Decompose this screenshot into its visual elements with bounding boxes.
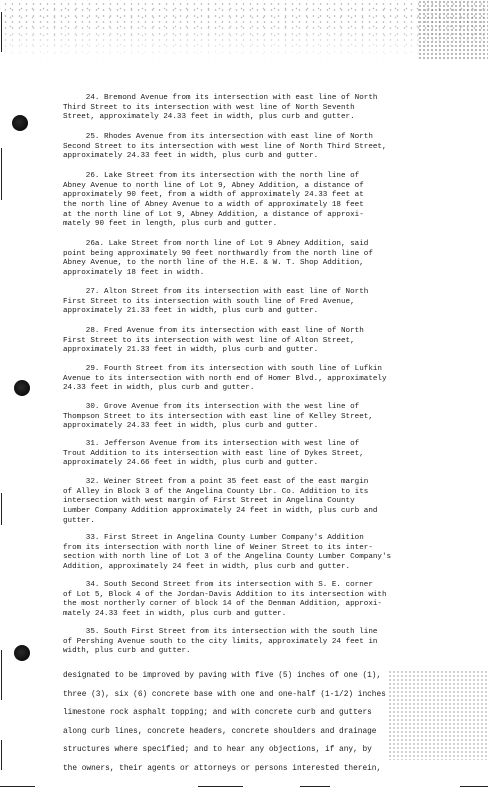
text-line: from its intersection with north line of… xyxy=(63,544,483,554)
text-line: three (3), six (6) concrete base with on… xyxy=(63,686,483,705)
paragraph-35: 35. South First Street from its intersec… xyxy=(63,628,483,657)
page-edge-line xyxy=(300,786,330,787)
text-line: 31. Jefferson Avenue from its intersecti… xyxy=(63,440,483,450)
binder-hole-icon xyxy=(12,115,28,131)
paragraph-29: 29. Fourth Street from its intersection … xyxy=(63,365,483,394)
text-line: of Pershing Avenue south to the city lim… xyxy=(63,638,483,648)
text-line: 34. South Second Street from its interse… xyxy=(63,581,483,591)
text-line: the north line of Abney Avenue to a widt… xyxy=(63,201,483,211)
page-edge-line xyxy=(1,12,2,52)
text-line: approximately 90 feet, from a width of a… xyxy=(63,191,483,201)
paragraph-26: 26. Lake Street from its intersection wi… xyxy=(63,172,483,230)
page-edge-line xyxy=(0,786,35,787)
text-line: Thompson Street to its intersection with… xyxy=(63,413,483,423)
text-line: section with north line of Lot 3 of the … xyxy=(63,553,483,563)
text-line: gutter. xyxy=(63,517,483,527)
text-line: of Lot 5, Block 4 of the Jordan-Davis Ad… xyxy=(63,591,483,601)
page-edge-line xyxy=(1,493,2,525)
text-line: mately 90 feet in length, plus curb and … xyxy=(63,220,483,230)
paragraph-28: 28. Fred Avenue from its intersection wi… xyxy=(63,327,483,356)
binder-hole-icon xyxy=(14,645,30,661)
scanned-document-page: 24. Bremond Avenue from its intersection… xyxy=(0,0,488,800)
page-edge-line xyxy=(1,740,2,770)
text-line: 26a. Lake Street from north line of Lot … xyxy=(63,240,483,250)
text-line: along curb lines, concrete headers, conc… xyxy=(63,723,483,742)
text-line: Avenue to its intersection with north en… xyxy=(63,375,483,385)
paragraph-34: 34. South Second Street from its interse… xyxy=(63,581,483,620)
text-line: Second Street to its intersection with w… xyxy=(63,143,483,153)
text-line: 26. Lake Street from its intersection wi… xyxy=(63,172,483,182)
text-line: 24. Bremond Avenue from its intersection… xyxy=(63,94,483,104)
text-line: limestone rock asphalt topping; and with… xyxy=(63,704,483,723)
paragraph-32: 32. Weiner Street from a point 35 feet e… xyxy=(63,478,483,526)
text-line: Third Street to its intersection with we… xyxy=(63,104,483,114)
text-line: at the north line of Lot 9, Abney Additi… xyxy=(63,211,483,221)
page-edge-line xyxy=(198,786,243,787)
text-line: First Street to its intersection with so… xyxy=(63,298,483,308)
scan-noise-top xyxy=(0,0,488,60)
paragraph-33: 33. First Street in Angelina County Lumb… xyxy=(63,534,483,573)
page-edge-line xyxy=(1,148,2,200)
text-line: Trout Addition to its intersection with … xyxy=(63,450,483,460)
text-line: approximately 21.33 feet in width, plus … xyxy=(63,346,483,356)
text-line: 28. Fred Avenue from its intersection wi… xyxy=(63,327,483,337)
text-line: Abney Avenue, to the north line of the H… xyxy=(63,259,483,269)
scan-noise-corner xyxy=(418,0,488,60)
text-line: 33. First Street in Angelina County Lumb… xyxy=(63,534,483,544)
text-line: 25. Rhodes Avenue from its intersection … xyxy=(63,133,483,143)
paragraph-26a: 26a. Lake Street from north line of Lot … xyxy=(63,240,483,279)
text-line: Street, approximately 24.33 feet in widt… xyxy=(63,113,483,123)
page-edge-line xyxy=(1,650,2,700)
text-line: approximately 21.33 feet in width, plus … xyxy=(63,307,483,317)
text-line: designated to be improved by paving with… xyxy=(63,667,483,686)
text-line: the owners, their agents or attorneys or… xyxy=(63,760,483,779)
text-line: point being approximately 90 feet northw… xyxy=(63,250,483,260)
text-line: intersection with west margin of First S… xyxy=(63,497,483,507)
text-line: 32. Weiner Street from a point 35 feet e… xyxy=(63,478,483,488)
paragraph-27: 27. Alton Street from its intersection w… xyxy=(63,288,483,317)
text-line: Abney Avenue to north line of Lot 9, Abn… xyxy=(63,182,483,192)
text-line: approximately 24.66 feet in width, plus … xyxy=(63,459,483,469)
text-line: 29. Fourth Street from its intersection … xyxy=(63,365,483,375)
text-line: approximately 24.33 feet in width, plus … xyxy=(63,422,483,432)
text-line: mately 24.33 feet in width, plus curb an… xyxy=(63,610,483,620)
text-line: 27. Alton Street from its intersection w… xyxy=(63,288,483,298)
text-line: approximately 24.33 feet in width, plus … xyxy=(63,152,483,162)
binder-hole-icon xyxy=(14,380,30,396)
text-line: approximately 18 feet in width. xyxy=(63,269,483,279)
text-line: 35. South First Street from its intersec… xyxy=(63,628,483,638)
paragraph-25: 25. Rhodes Avenue from its intersection … xyxy=(63,133,483,162)
text-line: the most northerly corner of block 14 of… xyxy=(63,600,483,610)
text-line: 30. Grove Avenue from its intersection w… xyxy=(63,403,483,413)
paragraph-24: 24. Bremond Avenue from its intersection… xyxy=(63,94,483,123)
paragraph-31: 31. Jefferson Avenue from its intersecti… xyxy=(63,440,483,469)
text-line: width, plus curb and gutter. xyxy=(63,647,483,657)
text-line: 24.33 feet in width, plus curb and gutte… xyxy=(63,384,483,394)
text-line: Lumber Company Addition approximately 24… xyxy=(63,507,483,517)
paragraph-30: 30. Grove Avenue from its intersection w… xyxy=(63,403,483,432)
text-line: Addition, approximately 24 feet in width… xyxy=(63,563,483,573)
text-line: First Street to its intersection with we… xyxy=(63,337,483,347)
closing-paragraph: designated to be improved by paving with… xyxy=(63,667,483,778)
page-edge-line xyxy=(460,786,488,787)
text-line: of Alley in Block 3 of the Angelina Coun… xyxy=(63,488,483,498)
text-line: structures where specified; and to hear … xyxy=(63,741,483,760)
